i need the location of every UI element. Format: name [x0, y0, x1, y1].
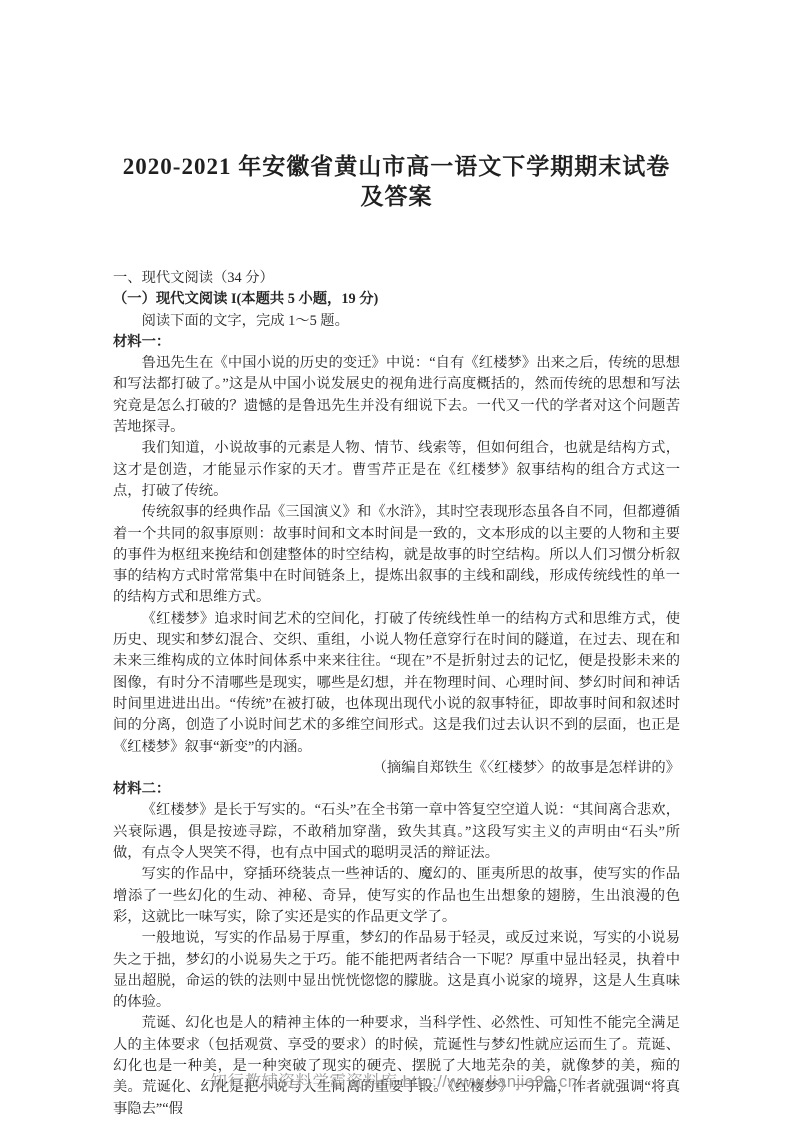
material-1-paragraph: 《红楼梦》追求时间艺术的空间化，打破了传统线性单一的结构方式和思维方式，使历史、…: [113, 609, 680, 758]
footer-watermark: 知行教辅资料学霸资料库 http://www.lianjie99.cn/: [0, 1068, 793, 1092]
material-1-label: 材料一：: [113, 332, 680, 353]
material-1-paragraph: 传统叙事的经典作品《三国演义》和《水浒》，其时空表现形态虽各自不同，但都遵循着一…: [113, 502, 680, 608]
document-page: { "document": { "heading": "2020-2021 年安…: [0, 0, 793, 1122]
attribution: （摘编自郑铁生《〈红楼梦〉的故事是怎样讲的》: [113, 758, 680, 779]
section-heading: 一、现代文阅读（34 分）: [113, 268, 680, 289]
material-2-paragraph: 写实的作品中，穿插环绕装点一些神话的、魔幻的、匪夷所思的故事，使写实的作品增添了…: [113, 864, 680, 928]
document-body: 一、现代文阅读（34 分） （一）现代文阅读 I(本题共 5 小题，19 分) …: [113, 268, 680, 1120]
instruction-text: 阅读下面的文字，完成 1～5 题。: [113, 311, 680, 332]
page-title: 2020-2021 年安徽省黄山市高一语文下学期期末试卷及答案: [113, 152, 680, 212]
material-2-label: 材料二：: [113, 779, 680, 800]
material-1-paragraph: 我们知道，小说故事的元素是人物、情节、线索等，但如何组合，也就是结构方式，这才是…: [113, 438, 680, 502]
material-2-paragraph: 荒诞、幻化也是人的精神主体的一种要求，当科学性、必然性、可知性不能完全满足人的主…: [113, 1013, 680, 1119]
material-2-paragraph: 一般地说，写实的作品易于厚重，梦幻的作品易于轻灵，或反过来说，写实的小说易失之于…: [113, 928, 680, 1013]
material-1-paragraph: 鲁迅先生在《中国小说的历史的变迁》中说：“自有《红楼梦》出来之后，传统的思想和写…: [113, 353, 680, 438]
material-2-paragraph: 《红楼梦》是长于写实的。“石头”在全书第一章中答复空空道人说：“其间离合悲欢，兴…: [113, 800, 680, 864]
page-content: 2020-2021 年安徽省黄山市高一语文下学期期末试卷及答案 一、现代文阅读（…: [113, 0, 680, 1120]
subsection-heading: （一）现代文阅读 I(本题共 5 小题，19 分): [113, 289, 680, 310]
